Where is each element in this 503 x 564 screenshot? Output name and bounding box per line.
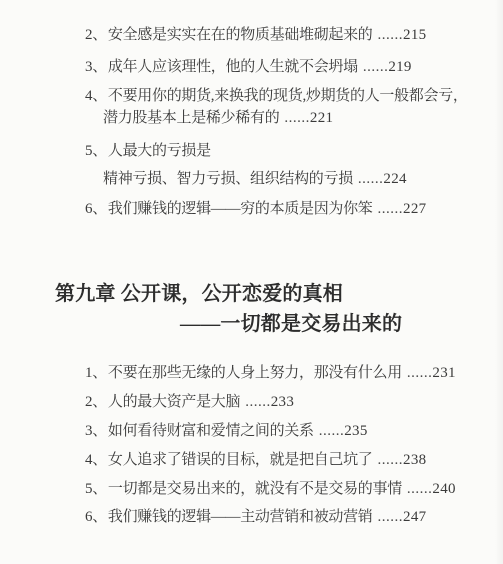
toc-leader-dots: ...... [358, 171, 384, 187]
toc-entry-continuation: 精神亏损、智力亏损、组织结构的亏损......224 [103, 169, 407, 189]
toc-entry: 4、不要用你的期货,来换我的现货,炒期货的人一般都会亏， [85, 86, 468, 106]
toc-page-number: 219 [388, 59, 411, 75]
toc-entry: 6、我们赚钱的逻辑——主动营销和被动营销......247 [85, 507, 426, 527]
toc-entry-title: 一切都是交易出来的，就没有不是交易的事情 [108, 481, 402, 497]
toc-entry-title: 潜力股基本上是稀少稀有的 [103, 110, 279, 126]
toc-leader-dots: ...... [378, 27, 404, 43]
toc-entry: 1、不要在那些无缘的人身上努力，那没有什么用......231 [85, 363, 456, 383]
toc-leader-dots: ...... [407, 365, 433, 381]
toc-entry-number: 1、 [85, 365, 107, 381]
toc-page-number: 238 [403, 452, 426, 468]
toc-entry-number: 5、 [85, 481, 107, 497]
toc-entry-number: 4、 [85, 452, 107, 468]
toc-page-number: 233 [271, 394, 294, 410]
toc-entry-number: 6、 [85, 509, 107, 525]
toc-entry-number: 3、 [85, 423, 107, 439]
toc-leader-dots: ...... [378, 509, 404, 525]
toc-entry-title: 女人追求了错误的目标，就是把自己坑了 [108, 452, 373, 468]
toc-leader-dots: ...... [378, 201, 404, 217]
toc-leader-dots: ...... [284, 110, 310, 126]
toc-leader-dots: ...... [319, 423, 345, 439]
toc-entry-number: 5、 [85, 143, 107, 159]
toc-entry: 3、成年人应该理性，他的人生就不会坍塌......219 [85, 57, 412, 77]
toc-entry-number: 2、 [85, 394, 107, 410]
toc-page-number: 240 [432, 481, 455, 497]
toc-entry: 2、人的最大资产是大脑......233 [85, 392, 294, 412]
chapter-heading-line1: 第九章 公开课，公开恋爱的真相 [55, 281, 343, 307]
toc-leader-dots: ...... [378, 452, 404, 468]
toc-entry-title: 我们赚钱的逻辑——穷的本质是因为你笨 [108, 201, 373, 217]
toc-entry-title: 我们赚钱的逻辑——主动营销和被动营销 [108, 509, 373, 525]
toc-entry-number: 4、 [85, 88, 107, 104]
toc-entry-title: 不要在那些无缘的人身上努力，那没有什么用 [108, 365, 402, 381]
toc-entry-title: 精神亏损、智力亏损、组织结构的亏损 [103, 171, 353, 187]
toc-entry: 5、人最大的亏损是 [85, 141, 211, 161]
toc-entry: 2、安全感是实实在在的物质基础堆砌起来的......215 [85, 25, 426, 45]
toc-entry: 3、如何看待财富和爱情之间的关系......235 [85, 421, 368, 441]
toc-page-number: 215 [403, 27, 426, 43]
toc-entry-title: 安全感是实实在在的物质基础堆砌起来的 [108, 27, 373, 43]
toc-entry-title: 人的最大资产是大脑 [108, 394, 240, 410]
toc-page-number: 224 [383, 171, 406, 187]
toc-entry-number: 6、 [85, 201, 107, 217]
toc-entry-title: 如何看待财富和爱情之间的关系 [108, 423, 314, 439]
toc-entry-title: 不要用你的期货,来换我的现货,炒期货的人一般都会亏， [108, 88, 468, 104]
toc-page-number: 247 [403, 509, 426, 525]
toc-page-number: 235 [344, 423, 367, 439]
toc-page-number: 221 [310, 110, 333, 126]
toc-leader-dots: ...... [407, 481, 433, 497]
toc-leader-dots: ...... [363, 59, 389, 75]
toc-entry: 5、一切都是交易出来的，就没有不是交易的事情......240 [85, 479, 456, 499]
toc-entry-continuation: 潜力股基本上是稀少稀有的......221 [103, 108, 333, 128]
toc-entry: 6、我们赚钱的逻辑——穷的本质是因为你笨......227 [85, 199, 426, 219]
toc-page-number: 231 [432, 365, 455, 381]
toc-entry: 4、女人追求了错误的目标，就是把自己坑了......238 [85, 450, 426, 470]
toc-entry-title: 人最大的亏损是 [108, 143, 211, 159]
toc-page: 2、安全感是实实在在的物质基础堆砌起来的......215 3、成年人应该理性，… [0, 0, 503, 564]
toc-entry-title: 成年人应该理性，他的人生就不会坍塌 [108, 59, 358, 75]
toc-leader-dots: ...... [245, 394, 271, 410]
toc-entry-number: 3、 [85, 59, 107, 75]
toc-entry-number: 2、 [85, 27, 107, 43]
toc-page-number: 227 [403, 201, 426, 217]
chapter-heading-line2: ——一切都是交易出来的 [180, 311, 402, 337]
